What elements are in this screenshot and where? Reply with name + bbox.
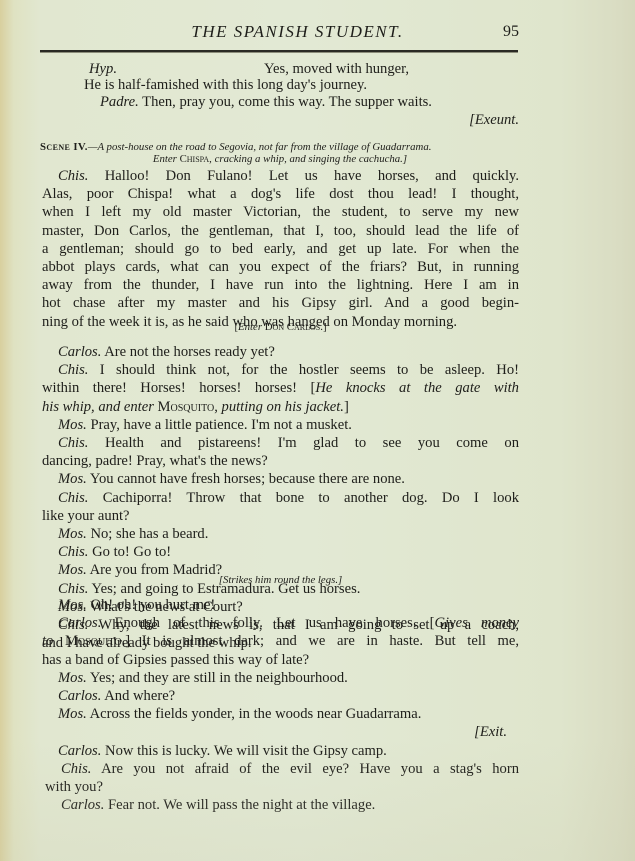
speech-line: a gentleman; should go to bed early, and…	[42, 240, 519, 258]
dialogue-text: No; she has a beard.	[90, 526, 208, 542]
speaker-name: Mos.	[58, 597, 87, 613]
speaker-name: Mos.	[58, 706, 87, 722]
speech-line: master, Don Carlos, the gentleman, that …	[42, 222, 519, 240]
stage-direction: his whip, and enter	[42, 399, 154, 415]
dialogue-text: And where?	[104, 688, 175, 704]
enter-word: Enter	[153, 153, 180, 165]
enter-word: Enter	[238, 321, 262, 333]
dialogue-text: It is almost dark; and we are in haste. …	[130, 633, 519, 649]
dialogue-text: within there! Horses! horses! horses! [	[42, 380, 315, 396]
speech-text: Halloo! Don Fulano! Let us have horses, …	[105, 168, 519, 184]
dialogue-line: Chis. Health and pistareens! I'm glad to…	[42, 434, 519, 452]
dialogue-line: Carlos. Are not the horses ready yet?	[42, 343, 519, 361]
dialogue-text: Pray, have a little patience. I'm not a …	[90, 417, 351, 433]
verse-line: Padre. Then, pray you, come this way. Th…	[42, 93, 519, 111]
speaker-name: Hyp.	[89, 61, 117, 77]
dialogue-line: Mos. No; she has a beard.	[42, 525, 519, 543]
dialogue-text: Cachiporra! Throw that bone to another d…	[103, 490, 519, 506]
page-number: 95	[503, 23, 519, 41]
character-name: Don Carlos.	[262, 321, 323, 333]
stage-direction-enter-carlos: [Enter Don Carlos.]	[42, 318, 519, 336]
dialogue-line: Chis. I should think not, for the hostle…	[42, 361, 519, 379]
bracket: ]	[344, 399, 349, 415]
header-rule	[40, 50, 518, 53]
dialogue-text: Across the fields yonder, in the woods n…	[90, 706, 422, 722]
speaker-name: Chis.	[58, 168, 88, 184]
dialogue-text: Health and pistareens! I'm glad to see y…	[105, 435, 519, 451]
dialogue-section-2: Mos. Oh! oh! you hurt me! Carlos. Enough…	[42, 596, 519, 814]
speech-line: away from the thunder, I have run into t…	[42, 276, 519, 294]
dialogue-line: Carlos. Enough of this folly. Let us hav…	[42, 614, 519, 632]
running-title: THE SPANISH STUDENT.	[40, 22, 519, 42]
speaker-name: Chis.	[58, 435, 88, 451]
dialogue-text: Are you not afraid of the evil eye? Have…	[101, 761, 519, 777]
character-name: Mosquito,	[154, 399, 222, 415]
dialogue-line: to Mosquito.] It is almost dark; and we …	[42, 632, 519, 650]
exeunt-direction: [Exeunt.	[42, 111, 519, 129]
bracket: ]	[323, 321, 327, 333]
dialogue-text: Now this is lucky. We will visit the Gip…	[105, 743, 387, 759]
stage-direction: He knocks at the gate with	[315, 380, 519, 396]
dialogue-line: Chis. Are you not afraid of the evil eye…	[45, 760, 519, 778]
dialogue-line: like your aunt?	[42, 507, 519, 525]
scene-label: Scene IV.	[40, 141, 88, 153]
scene-description: —A post-house on the road to Segovia, no…	[88, 141, 432, 153]
verse-text: He is half-famished with this long day's…	[84, 77, 367, 93]
dialogue-line: Chis. Cachiporra! Throw that bone to ano…	[42, 489, 519, 507]
stage-direction: putting on his jacket.	[222, 399, 344, 415]
speech-line: Alas, poor Chispa! what a dog's life dos…	[42, 185, 519, 203]
dialogue-line: Carlos. Now this is lucky. We will visit…	[42, 742, 519, 760]
speaker-name: Mos.	[58, 526, 87, 542]
character-name: Chispa	[180, 153, 210, 165]
dialogue-line: Mos. Yes; and they are still in the neig…	[42, 669, 519, 687]
dialogue-line: within there! Horses! horses! horses! [H…	[42, 379, 519, 397]
stage-direction: to	[42, 633, 53, 649]
speech-line: when I left my old master Victorian, the…	[42, 203, 519, 221]
speaker-name: Chis.	[58, 490, 88, 506]
dialogue-text: Are not the horses ready yet?	[104, 344, 275, 360]
speaker-name: Carlos.	[58, 344, 101, 360]
dialogue-text: You cannot have fresh horses; because th…	[90, 471, 405, 487]
exit-direction: [Exit.	[42, 723, 519, 741]
speaker-name: Mos.	[58, 670, 87, 686]
stage-direction-strikes: [Strikes him round the legs.]	[42, 571, 519, 589]
speaker-name: Chis.	[58, 362, 88, 378]
dialogue-line: Mos. Across the fields yonder, in the wo…	[42, 705, 519, 723]
dialogue-line: Carlos. Fear not. We will pass the night…	[45, 796, 519, 814]
speaker-name: Carlos.	[58, 743, 101, 759]
dialogue-line: has a band of Gipsies passed this way of…	[42, 651, 519, 669]
scene-heading: Scene IV.—A post-house on the road to Se…	[40, 141, 520, 165]
speech-line: hot chase after my master and his Gipsy …	[42, 294, 519, 312]
scene-heading-line: Scene IV.—A post-house on the road to Se…	[40, 141, 520, 153]
dialogue-line: Mos. You cannot have fresh horses; becau…	[42, 470, 519, 488]
speaker-name: Chis.	[58, 544, 88, 560]
dialogue-text: Yes; and they are still in the neighbour…	[90, 670, 348, 686]
speaker-name: Mos.	[58, 417, 87, 433]
dialogue-line: Carlos. And where?	[42, 687, 519, 705]
chispa-speech: Chis. Halloo! Don Fulano! Let us have ho…	[42, 167, 519, 331]
character-name: Mosquito.	[53, 633, 125, 649]
running-head: THE SPANISH STUDENT. 95	[40, 22, 519, 44]
speaker-name: Chis.	[61, 761, 91, 777]
entrance-direction: , cracking a whip, and singing the cachu…	[209, 153, 407, 165]
dialogue-text: Go to! Go to!	[92, 544, 171, 560]
verse-text: Then, pray you, come this way. The suppe…	[142, 94, 432, 110]
speaker-name: Carlos.	[58, 615, 101, 631]
speaker-name: Padre.	[100, 94, 139, 110]
scene-entrance-line: Enter Chispa, cracking a whip, and singi…	[40, 153, 520, 165]
dialogue-line: with you?	[42, 778, 519, 796]
book-page: THE SPANISH STUDENT. 95 Hyp.Yes, moved w…	[0, 0, 635, 861]
dialogue-line: Mos. Pray, have a little patience. I'm n…	[42, 416, 519, 434]
speaker-name: Carlos.	[61, 797, 104, 813]
dialogue-text: I should think not, for the hostler seem…	[100, 362, 519, 378]
dialogue-line: his whip, and enter Mosquito, putting on…	[42, 398, 519, 416]
dialogue-line: Mos. Oh! oh! you hurt me!	[42, 596, 519, 614]
speech-line: abbot plays cards, what can you expect o…	[42, 258, 519, 276]
verse-line: He is half-famished with this long day's…	[42, 76, 519, 94]
speaker-name: Carlos.	[58, 688, 101, 704]
verse-text: Yes, moved with hunger,	[264, 61, 409, 77]
dialogue-line: dancing, padre! Pray, what's the news?	[42, 452, 519, 470]
stage-direction: Gives money	[435, 615, 519, 631]
opening-verse: Hyp.Yes, moved with hunger, He is half-f…	[42, 60, 519, 129]
dialogue-text: Oh! oh! you hurt me!	[90, 597, 215, 613]
dialogue-line: Chis. Go to! Go to!	[42, 543, 519, 561]
dialogue-text: Fear not. We will pass the night at the …	[108, 797, 375, 813]
speech-line: Chis. Halloo! Don Fulano! Let us have ho…	[42, 167, 519, 185]
dialogue-text: Enough of this folly. Let us have horses…	[115, 615, 435, 631]
speaker-name: Mos.	[58, 471, 87, 487]
